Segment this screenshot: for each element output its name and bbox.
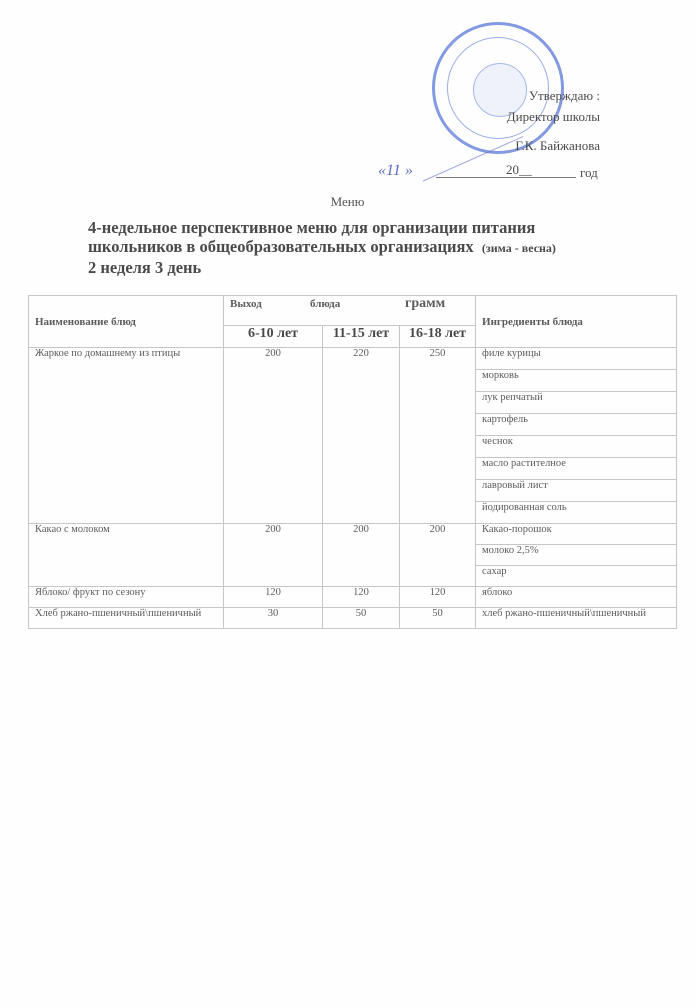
portion-grams: 200 — [400, 524, 476, 587]
portion-grams: 200 — [323, 524, 400, 587]
dish-name: Яблоко/ фрукт по сезону — [29, 587, 224, 608]
portion-grams: 120 — [400, 587, 476, 608]
approval-date: «11 » 20__ год — [378, 160, 608, 182]
approval-label: Утверждаю : — [529, 88, 600, 104]
portion-grams: 250 — [400, 348, 476, 524]
menu-table-body: Жаркое по домашнему из птицы200220250фил… — [29, 348, 677, 629]
ingredient: морковь — [476, 370, 677, 392]
header-output: Выходблюдаграмм — [224, 296, 476, 326]
portion-grams: 120 — [323, 587, 400, 608]
date-suffix: год — [580, 165, 598, 181]
dish-name: Жаркое по домашнему из птицы — [29, 348, 224, 524]
portion-grams: 200 — [224, 524, 323, 587]
ingredient: сахар — [476, 566, 677, 587]
portion-grams: 50 — [400, 608, 476, 629]
ingredient: картофель — [476, 414, 677, 436]
ingredient: масло растителное — [476, 458, 677, 480]
approval-position: Директор школы — [507, 109, 600, 125]
portion-grams: 220 — [323, 348, 400, 524]
ingredient: лук репчатый — [476, 392, 677, 414]
ingredient: хлеб ржано-пшеничный\пшеничный — [476, 608, 677, 629]
ingredient: йодированная соль — [476, 502, 677, 524]
date-day: «11 » — [378, 162, 413, 180]
menu-label: Меню — [0, 194, 695, 210]
table-row: Жаркое по домашнему из птицы200220250фил… — [29, 348, 677, 370]
document-title: 4-недельное перспективное меню для орган… — [88, 218, 556, 277]
ingredient: яблоко — [476, 587, 677, 608]
table-row: Хлеб ржано-пшеничный\пшеничный305050хлеб… — [29, 608, 677, 629]
dish-name: Какао с молоком — [29, 524, 224, 587]
header-dish-name: Наименование блюд — [29, 296, 224, 348]
ingredient: чеснок — [476, 436, 677, 458]
header-output-1: Выход — [230, 298, 310, 310]
header-age-11-15: 11-15 лет — [323, 326, 400, 348]
portion-grams: 50 — [323, 608, 400, 629]
dish-name: Хлеб ржано-пшеничный\пшеничный — [29, 608, 224, 629]
header-output-3: грамм — [405, 296, 445, 312]
season: (зима - весна) — [482, 241, 556, 255]
portion-grams: 200 — [224, 348, 323, 524]
header-age-6-10: 6-10 лет — [224, 326, 323, 348]
header-age-16-18: 16-18 лет — [400, 326, 476, 348]
title-line-2-text: школьников в общеобразовательных организ… — [88, 237, 474, 256]
header-output-2: блюда — [310, 298, 405, 310]
title-line-1: 4-недельное перспективное меню для орган… — [88, 218, 556, 237]
approval-person: Г.К. Байжанова — [515, 138, 600, 154]
table-row: Яблоко/ фрукт по сезону120120120яблоко — [29, 587, 677, 608]
menu-table: Наименование блюд Выходблюдаграмм Ингред… — [28, 295, 677, 629]
header-ingredients: Ингредиенты блюда — [476, 296, 677, 348]
ingredient: Какао-порошок — [476, 524, 677, 545]
date-year: 20__ — [506, 162, 532, 178]
subtitle: 2 неделя 3 день — [88, 258, 556, 277]
ingredient: филе курицы — [476, 348, 677, 370]
portion-grams: 30 — [224, 608, 323, 629]
table-row: Какао с молоком200200200Какао-порошок — [29, 524, 677, 545]
title-line-2: школьников в общеобразовательных организ… — [88, 237, 556, 258]
ingredient: молоко 2,5% — [476, 545, 677, 566]
portion-grams: 120 — [224, 587, 323, 608]
ingredient: лавровый лист — [476, 480, 677, 502]
